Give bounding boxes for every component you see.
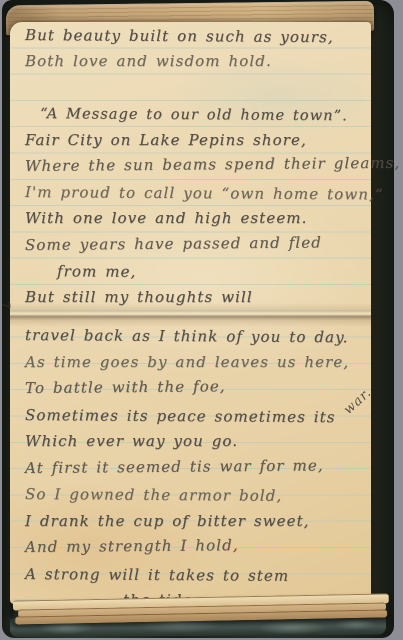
handwriting-line: To battle with the foe, [25, 372, 363, 401]
handwriting-line: But still my thoughts will [25, 284, 363, 310]
handwriting-line: I'm proud to call you “own home town,” [25, 179, 363, 208]
handwriting-line: travel back as I think of you to day. [25, 322, 363, 351]
handwriting-line: Some years have passed and fled [25, 229, 363, 258]
handwriting-line: And my strength I hold, [25, 531, 363, 560]
handwriting-line: But beauty built on such as yours, [25, 22, 363, 51]
handwriting-line: Sometimes its peace sometimes its [25, 402, 363, 431]
handwriting-line: Both love and wisdom hold. [25, 48, 363, 74]
poem-upper-page: But beauty built on such as yours,Both l… [25, 22, 363, 310]
handwriting-line: So I gowned the armor bold, [25, 481, 363, 510]
handwriting-line: Which ever way you go. [25, 428, 363, 455]
margin-pencil-mark: 7 [0, 300, 13, 310]
handwriting-line: Fair City on Lake Pepins shore, [25, 127, 363, 153]
notebook-paper: But beauty built on such as yours,Both l… [10, 22, 371, 604]
handwriting-line: As time goes by and leaves us here, [25, 349, 363, 376]
poem-title: “A Message to our old home town”. [25, 101, 363, 130]
handwriting-line: Where the sun beams spend their gleams, [25, 150, 363, 179]
handwriting-line: A strong will it takes to stem [25, 561, 363, 590]
poem-lower-page: travel back as I think of you to day.As … [25, 322, 363, 614]
handwriting-line: At first it seemed tis war for me, [25, 452, 363, 481]
handwriting-line: I drank the cup of bitter sweet, [25, 508, 363, 535]
notebook-photo: But beauty built on such as yours,Both l… [0, 0, 403, 640]
handwriting-line: from me, [25, 258, 363, 287]
handwriting-line: With one love and high esteem. [25, 205, 363, 231]
